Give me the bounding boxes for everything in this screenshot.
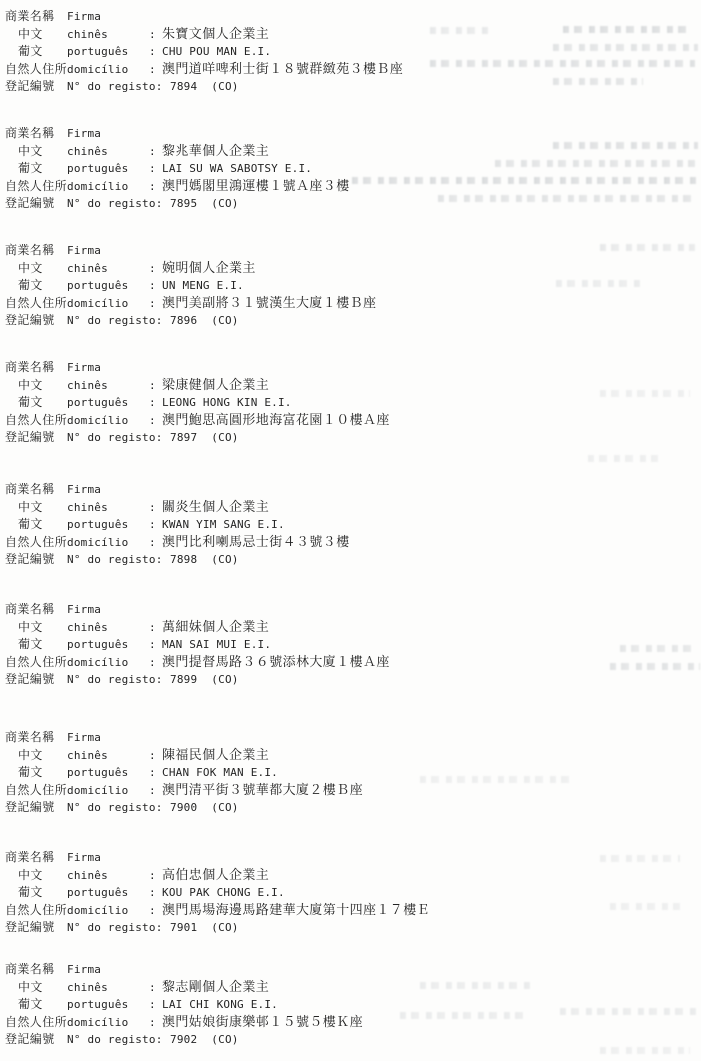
registry-record: 商業名稱Firma 中文chinês:關炎生個人企業主 葡文português:… bbox=[5, 481, 645, 569]
business-name-line: 商業名稱Firma bbox=[5, 481, 645, 499]
portuguese-name-value: KWAN YIM SANG E.I. bbox=[162, 518, 285, 531]
chinese-label-zh: 中文 bbox=[5, 979, 67, 997]
colon-separator: : bbox=[149, 412, 162, 430]
registry-record: 商業名稱Firma 中文chinês:婉明個人企業主 葡文português:U… bbox=[5, 242, 645, 330]
portuguese-name-line: 葡文português:LAI CHI KONG E.I. bbox=[5, 996, 645, 1014]
colon-separator: : bbox=[149, 1014, 162, 1032]
registration-line: 登記編號N° do registo:7899(CO) bbox=[5, 671, 645, 689]
domicile-label-pt: domicílio bbox=[67, 1014, 149, 1032]
portuguese-name-value: LEONG HONG KIN E.I. bbox=[162, 396, 292, 409]
portuguese-name-value: LAI CHI KONG E.I. bbox=[162, 998, 278, 1011]
domicile-label-zh: 自然人住所 bbox=[5, 412, 67, 430]
domicile-line: 自然人住所domicílio:澳門提督馬路３６號添林大廈１樓Ａ座 bbox=[5, 654, 645, 672]
registration-line: 登記編號N° do registo:7900(CO) bbox=[5, 799, 645, 817]
chinese-name-value: 黎志剛個人企業主 bbox=[162, 980, 269, 995]
chinese-label-pt: chinês bbox=[67, 747, 149, 765]
registration-type: (CO) bbox=[211, 195, 238, 213]
domicile-label-pt: domicílio bbox=[67, 412, 149, 430]
registration-line: 登記編號N° do registo:7901(CO) bbox=[5, 919, 645, 937]
chinese-label-pt: chinês bbox=[67, 260, 149, 278]
registration-number: 7901 bbox=[170, 919, 197, 937]
domicile-label-pt: domicílio bbox=[67, 902, 149, 920]
portuguese-name-value: CHAN FOK MAN E.I. bbox=[162, 766, 278, 779]
business-name-label-zh: 商業名稱 bbox=[5, 125, 67, 143]
registration-label-zh: 登記編號 bbox=[5, 671, 67, 689]
business-name-label-pt: Firma bbox=[67, 242, 149, 260]
portuguese-name-line: 葡文português:CHU POU MAN E.I. bbox=[5, 43, 645, 61]
colon-separator: : bbox=[149, 764, 162, 782]
registry-record: 商業名稱Firma 中文chinês:高伯忠個人企業主 葡文português:… bbox=[5, 849, 645, 937]
domicile-line: 自然人住所domicílio:澳門姑娘街康樂邨１５號５樓Ｋ座 bbox=[5, 1014, 645, 1032]
business-name-line: 商業名稱Firma bbox=[5, 849, 645, 867]
domicile-label-zh: 自然人住所 bbox=[5, 178, 67, 196]
portuguese-name-value: CHU POU MAN E.I. bbox=[162, 45, 271, 58]
domicile-line: 自然人住所domicílio:澳門比利喇馬忌士街４３號３樓 bbox=[5, 534, 645, 552]
registration-number: 7894 bbox=[170, 78, 197, 96]
portuguese-label-zh: 葡文 bbox=[5, 884, 67, 902]
chinese-label-zh: 中文 bbox=[5, 377, 67, 395]
domicile-line: 自然人住所domicílio:澳門馬場海邊馬路建華大廈第十四座１７樓Ｅ bbox=[5, 902, 645, 920]
domicile-value: 澳門比利喇馬忌士街４３號３樓 bbox=[162, 535, 350, 550]
domicile-label-zh: 自然人住所 bbox=[5, 1014, 67, 1032]
domicile-value: 澳門美副將３１號漢生大廈１樓Ｂ座 bbox=[162, 296, 376, 311]
registration-line: 登記編號N° do registo:7895(CO) bbox=[5, 195, 645, 213]
chinese-label-zh: 中文 bbox=[5, 26, 67, 44]
registration-label-pt: N° do registo: bbox=[67, 671, 164, 689]
business-name-line: 商業名稱Firma bbox=[5, 961, 645, 979]
portuguese-label-zh: 葡文 bbox=[5, 516, 67, 534]
registration-number: 7895 bbox=[170, 195, 197, 213]
colon-separator: : bbox=[149, 295, 162, 313]
registration-type: (CO) bbox=[211, 919, 238, 937]
scanned-registry-page: { "labels": { "business_name_zh": "商業名稱"… bbox=[0, 0, 701, 1061]
registration-type: (CO) bbox=[211, 78, 238, 96]
domicile-value: 澳門媽閣里鴻運樓１號Ａ座３樓 bbox=[162, 179, 350, 194]
registration-label-zh: 登記編號 bbox=[5, 429, 67, 447]
portuguese-label-pt: português bbox=[67, 160, 149, 178]
business-name-label-zh: 商業名稱 bbox=[5, 359, 67, 377]
business-name-label-zh: 商業名稱 bbox=[5, 481, 67, 499]
portuguese-label-pt: português bbox=[67, 764, 149, 782]
domicile-value: 澳門提督馬路３６號添林大廈１樓Ａ座 bbox=[162, 655, 390, 670]
domicile-value: 澳門姑娘街康樂邨１５號５樓Ｋ座 bbox=[162, 1015, 363, 1030]
registration-type: (CO) bbox=[211, 671, 238, 689]
colon-separator: : bbox=[149, 782, 162, 800]
portuguese-label-pt: português bbox=[67, 884, 149, 902]
registration-label-pt: N° do registo: bbox=[67, 195, 164, 213]
business-name-line: 商業名稱Firma bbox=[5, 8, 645, 26]
business-name-label-pt: Firma bbox=[67, 961, 149, 979]
domicile-label-zh: 自然人住所 bbox=[5, 902, 67, 920]
registration-label-zh: 登記編號 bbox=[5, 551, 67, 569]
registration-number: 7902 bbox=[170, 1031, 197, 1049]
domicile-value: 澳門道咩啤利士街１８號群緻苑３樓Ｂ座 bbox=[162, 62, 403, 77]
business-name-label-zh: 商業名稱 bbox=[5, 8, 67, 26]
registration-number: 7897 bbox=[170, 429, 197, 447]
colon-separator: : bbox=[149, 902, 162, 920]
chinese-label-zh: 中文 bbox=[5, 143, 67, 161]
registration-label-zh: 登記編號 bbox=[5, 312, 67, 330]
business-name-label-zh: 商業名稱 bbox=[5, 242, 67, 260]
registration-label-zh: 登記編號 bbox=[5, 799, 67, 817]
registration-line: 登記編號N° do registo:7897(CO) bbox=[5, 429, 645, 447]
domicile-line: 自然人住所domicílio:澳門媽閣里鴻運樓１號Ａ座３樓 bbox=[5, 178, 645, 196]
chinese-name-value: 黎兆華個人企業主 bbox=[162, 144, 269, 159]
registration-type: (CO) bbox=[211, 551, 238, 569]
domicile-value: 澳門鮑思高圓形地海富花園１０樓Ａ座 bbox=[162, 413, 390, 428]
domicile-label-pt: domicílio bbox=[67, 654, 149, 672]
registry-record: 商業名稱Firma 中文chinês:萬細妹個人企業主 葡文português:… bbox=[5, 601, 645, 689]
registration-number: 7900 bbox=[170, 799, 197, 817]
registration-type: (CO) bbox=[211, 799, 238, 817]
chinese-label-pt: chinês bbox=[67, 499, 149, 517]
business-name-label-pt: Firma bbox=[67, 359, 149, 377]
registration-number: 7898 bbox=[170, 551, 197, 569]
chinese-name-value: 關炎生個人企業主 bbox=[162, 500, 269, 515]
business-name-line: 商業名稱Firma bbox=[5, 729, 645, 747]
colon-separator: : bbox=[149, 979, 162, 997]
registration-type: (CO) bbox=[211, 429, 238, 447]
domicile-label-pt: domicílio bbox=[67, 534, 149, 552]
colon-separator: : bbox=[149, 26, 162, 44]
business-name-line: 商業名稱Firma bbox=[5, 601, 645, 619]
portuguese-label-zh: 葡文 bbox=[5, 764, 67, 782]
portuguese-label-zh: 葡文 bbox=[5, 43, 67, 61]
colon-separator: : bbox=[149, 61, 162, 79]
colon-separator: : bbox=[149, 619, 162, 637]
domicile-line: 自然人住所domicílio:澳門道咩啤利士街１８號群緻苑３樓Ｂ座 bbox=[5, 61, 645, 79]
chinese-label-zh: 中文 bbox=[5, 867, 67, 885]
registration-label-pt: N° do registo: bbox=[67, 312, 164, 330]
portuguese-name-line: 葡文português:MAN SAI MUI E.I. bbox=[5, 636, 645, 654]
registration-label-pt: N° do registo: bbox=[67, 919, 164, 937]
colon-separator: : bbox=[149, 260, 162, 278]
chinese-label-zh: 中文 bbox=[5, 619, 67, 637]
business-name-label-zh: 商業名稱 bbox=[5, 961, 67, 979]
chinese-name-line: 中文chinês:萬細妹個人企業主 bbox=[5, 619, 645, 637]
chinese-name-line: 中文chinês:黎志剛個人企業主 bbox=[5, 979, 645, 997]
registration-label-pt: N° do registo: bbox=[67, 799, 164, 817]
chinese-name-line: 中文chinês:婉明個人企業主 bbox=[5, 260, 645, 278]
portuguese-name-line: 葡文português:CHAN FOK MAN E.I. bbox=[5, 764, 645, 782]
portuguese-name-value: UN MENG E.I. bbox=[162, 279, 244, 292]
registry-record-list: 商業名稱Firma 中文chinês:朱寶文個人企業主 葡文português:… bbox=[0, 0, 701, 1061]
chinese-name-value: 朱寶文個人企業主 bbox=[162, 27, 269, 42]
chinese-name-line: 中文chinês:高伯忠個人企業主 bbox=[5, 867, 645, 885]
chinese-name-line: 中文chinês:關炎生個人企業主 bbox=[5, 499, 645, 517]
business-name-line: 商業名稱Firma bbox=[5, 242, 645, 260]
business-name-label-pt: Firma bbox=[67, 601, 149, 619]
domicile-line: 自然人住所domicílio:澳門清平街３號華都大廈２樓Ｂ座 bbox=[5, 782, 645, 800]
portuguese-label-pt: português bbox=[67, 277, 149, 295]
domicile-label-pt: domicílio bbox=[67, 178, 149, 196]
business-name-label-pt: Firma bbox=[67, 729, 149, 747]
portuguese-label-zh: 葡文 bbox=[5, 394, 67, 412]
chinese-label-zh: 中文 bbox=[5, 260, 67, 278]
business-name-label-zh: 商業名稱 bbox=[5, 729, 67, 747]
registration-label-pt: N° do registo: bbox=[67, 429, 164, 447]
colon-separator: : bbox=[149, 178, 162, 196]
business-name-line: 商業名稱Firma bbox=[5, 125, 645, 143]
registration-line: 登記編號N° do registo:7894(CO) bbox=[5, 78, 645, 96]
chinese-label-zh: 中文 bbox=[5, 499, 67, 517]
portuguese-name-value: KOU PAK CHONG E.I. bbox=[162, 886, 285, 899]
domicile-label-pt: domicílio bbox=[67, 782, 149, 800]
portuguese-name-line: 葡文português:LEONG HONG KIN E.I. bbox=[5, 394, 645, 412]
business-name-label-zh: 商業名稱 bbox=[5, 849, 67, 867]
chinese-name-value: 萬細妹個人企業主 bbox=[162, 620, 269, 635]
portuguese-name-line: 葡文português:KWAN YIM SANG E.I. bbox=[5, 516, 645, 534]
colon-separator: : bbox=[149, 43, 162, 61]
business-name-label-pt: Firma bbox=[67, 849, 149, 867]
portuguese-label-pt: português bbox=[67, 996, 149, 1014]
business-name-label-pt: Firma bbox=[67, 481, 149, 499]
registration-label-zh: 登記編號 bbox=[5, 919, 67, 937]
registration-label-pt: N° do registo: bbox=[67, 551, 164, 569]
portuguese-name-value: LAI SU WA SABOTSY E.I. bbox=[162, 162, 312, 175]
registration-label-pt: N° do registo: bbox=[67, 78, 164, 96]
colon-separator: : bbox=[149, 516, 162, 534]
portuguese-label-pt: português bbox=[67, 516, 149, 534]
domicile-value: 澳門清平街３號華都大廈２樓Ｂ座 bbox=[162, 783, 363, 798]
registration-label-pt: N° do registo: bbox=[67, 1031, 164, 1049]
registration-line: 登記編號N° do registo:7902(CO) bbox=[5, 1031, 645, 1049]
colon-separator: : bbox=[149, 654, 162, 672]
registration-number: 7899 bbox=[170, 671, 197, 689]
chinese-label-pt: chinês bbox=[67, 377, 149, 395]
registry-record: 商業名稱Firma 中文chinês:梁康健個人企業主 葡文português:… bbox=[5, 359, 645, 447]
chinese-name-value: 梁康健個人企業主 bbox=[162, 378, 269, 393]
portuguese-label-zh: 葡文 bbox=[5, 636, 67, 654]
colon-separator: : bbox=[149, 143, 162, 161]
registry-record: 商業名稱Firma 中文chinês:朱寶文個人企業主 葡文português:… bbox=[5, 8, 645, 96]
business-name-label-pt: Firma bbox=[67, 125, 149, 143]
registration-number: 7896 bbox=[170, 312, 197, 330]
portuguese-name-line: 葡文português:UN MENG E.I. bbox=[5, 277, 645, 295]
colon-separator: : bbox=[149, 636, 162, 654]
chinese-label-pt: chinês bbox=[67, 619, 149, 637]
chinese-label-zh: 中文 bbox=[5, 747, 67, 765]
registration-label-zh: 登記編號 bbox=[5, 1031, 67, 1049]
registry-record: 商業名稱Firma 中文chinês:黎志剛個人企業主 葡文português:… bbox=[5, 961, 645, 1049]
colon-separator: : bbox=[149, 884, 162, 902]
portuguese-label-pt: português bbox=[67, 636, 149, 654]
business-name-line: 商業名稱Firma bbox=[5, 359, 645, 377]
colon-separator: : bbox=[149, 534, 162, 552]
colon-separator: : bbox=[149, 277, 162, 295]
registration-label-zh: 登記編號 bbox=[5, 78, 67, 96]
registration-type: (CO) bbox=[211, 1031, 238, 1049]
chinese-name-line: 中文chinês:朱寶文個人企業主 bbox=[5, 26, 645, 44]
domicile-label-zh: 自然人住所 bbox=[5, 61, 67, 79]
colon-separator: : bbox=[149, 160, 162, 178]
colon-separator: : bbox=[149, 747, 162, 765]
chinese-name-value: 陳福民個人企業主 bbox=[162, 748, 269, 763]
chinese-label-pt: chinês bbox=[67, 143, 149, 161]
portuguese-name-line: 葡文português:KOU PAK CHONG E.I. bbox=[5, 884, 645, 902]
business-name-label-zh: 商業名稱 bbox=[5, 601, 67, 619]
domicile-label-zh: 自然人住所 bbox=[5, 295, 67, 313]
portuguese-name-line: 葡文português:LAI SU WA SABOTSY E.I. bbox=[5, 160, 645, 178]
registration-label-zh: 登記編號 bbox=[5, 195, 67, 213]
business-name-label-pt: Firma bbox=[67, 8, 149, 26]
chinese-name-line: 中文chinês:陳福民個人企業主 bbox=[5, 747, 645, 765]
portuguese-label-zh: 葡文 bbox=[5, 996, 67, 1014]
domicile-label-pt: domicílio bbox=[67, 295, 149, 313]
chinese-label-pt: chinês bbox=[67, 867, 149, 885]
domicile-line: 自然人住所domicílio:澳門鮑思高圓形地海富花園１０樓Ａ座 bbox=[5, 412, 645, 430]
domicile-label-zh: 自然人住所 bbox=[5, 534, 67, 552]
registration-line: 登記編號N° do registo:7898(CO) bbox=[5, 551, 645, 569]
chinese-label-pt: chinês bbox=[67, 979, 149, 997]
registry-record: 商業名稱Firma 中文chinês:黎兆華個人企業主 葡文português:… bbox=[5, 125, 645, 213]
portuguese-label-pt: português bbox=[67, 394, 149, 412]
chinese-name-value: 高伯忠個人企業主 bbox=[162, 868, 269, 883]
colon-separator: : bbox=[149, 996, 162, 1014]
domicile-label-zh: 自然人住所 bbox=[5, 654, 67, 672]
chinese-label-pt: chinês bbox=[67, 26, 149, 44]
domicile-line: 自然人住所domicílio:澳門美副將３１號漢生大廈１樓Ｂ座 bbox=[5, 295, 645, 313]
chinese-name-value: 婉明個人企業主 bbox=[162, 261, 256, 276]
colon-separator: : bbox=[149, 499, 162, 517]
portuguese-label-zh: 葡文 bbox=[5, 160, 67, 178]
registration-line: 登記編號N° do registo:7896(CO) bbox=[5, 312, 645, 330]
chinese-name-line: 中文chinês:黎兆華個人企業主 bbox=[5, 143, 645, 161]
registry-record: 商業名稱Firma 中文chinês:陳福民個人企業主 葡文português:… bbox=[5, 729, 645, 817]
chinese-name-line: 中文chinês:梁康健個人企業主 bbox=[5, 377, 645, 395]
registration-type: (CO) bbox=[211, 312, 238, 330]
domicile-label-zh: 自然人住所 bbox=[5, 782, 67, 800]
colon-separator: : bbox=[149, 394, 162, 412]
portuguese-label-zh: 葡文 bbox=[5, 277, 67, 295]
portuguese-label-pt: português bbox=[67, 43, 149, 61]
colon-separator: : bbox=[149, 867, 162, 885]
domicile-label-pt: domicílio bbox=[67, 61, 149, 79]
portuguese-name-value: MAN SAI MUI E.I. bbox=[162, 638, 271, 651]
domicile-value: 澳門馬場海邊馬路建華大廈第十四座１７樓Ｅ bbox=[162, 903, 430, 918]
colon-separator: : bbox=[149, 377, 162, 395]
